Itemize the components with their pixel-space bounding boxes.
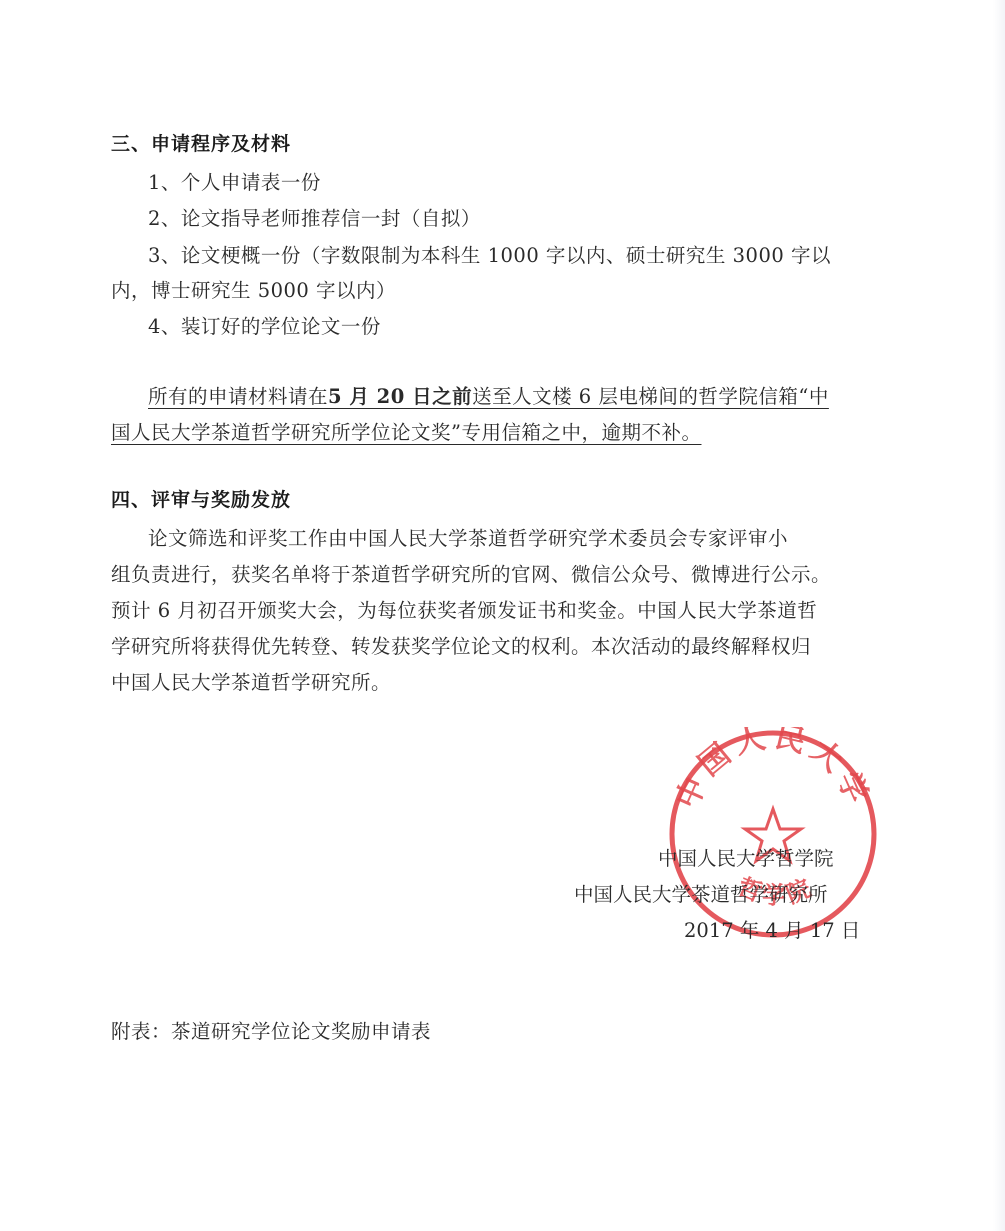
attachment-note: 附表：茶道研究学位论文奖励申请表 (111, 1016, 431, 1044)
paragraph-line: 预计 6 月初召开颁奖大会，为每位获奖者颁发证书和奖金。中国人民大学茶道哲 (111, 595, 817, 623)
submission-notice-line-1: 所有的申请材料请在5 月 20 日之前送至人文楼 6 层电梯间的哲学院信箱“中 (148, 381, 829, 409)
submission-notice-line-2: 国人民大学茶道哲学研究所学位论文奖”专用信箱之中，逾期不补。 (111, 417, 701, 445)
list-item: 1、个人申请表一份 (148, 167, 321, 195)
notice-text: 送至人文楼 6 层电梯间的哲学院信箱“中 (472, 385, 829, 408)
paragraph-line: 学研究所将获得优先转登、转发获奖学位论文的权利。本次活动的最终解释权归 (111, 631, 811, 659)
svg-text:中国人民大学: 中国人民大学 (670, 727, 877, 814)
section-3-heading: 三、申请程序及材料 (111, 129, 291, 156)
list-item: 4、装订好的学位论文一份 (148, 311, 381, 339)
signature-date: 2017 年 4 月 17 日 (684, 915, 860, 943)
section-4-heading: 四、评审与奖励发放 (111, 485, 291, 512)
list-item: 2、论文指导老师推荐信一封（自拟） (148, 203, 481, 231)
notice-text: 所有的申请材料请在 (148, 385, 328, 408)
list-item: 3、论文梗概一份（字数限制为本科生 1000 字以内、硕士研究生 3000 字以 (148, 240, 831, 268)
paragraph-line: 组负责进行，获奖名单将于茶道哲学研究所的官网、微信公众号、微博进行公示。 (111, 559, 831, 587)
list-item-continuation: 内，博士研究生 5000 字以内） (111, 275, 396, 303)
deadline-text: 5 月 20 日之前 (328, 385, 472, 408)
document-page: 三、申请程序及材料 1、个人申请表一份 2、论文指导老师推荐信一封（自拟） 3、… (0, 0, 1005, 1231)
scan-edge-shadow (993, 0, 1005, 1231)
paragraph-line: 论文筛选和评奖工作由中国人民大学茶道哲学研究学术委员会专家评审小 (148, 523, 788, 551)
signature-org-2: 中国人民大学茶道哲学研究所 (574, 879, 828, 907)
paragraph-line: 中国人民大学茶道哲学研究所。 (111, 667, 391, 695)
official-seal-icon: 中国人民大学 哲学院 (666, 727, 880, 941)
signature-org-1: 中国人民大学哲学院 (658, 843, 834, 871)
